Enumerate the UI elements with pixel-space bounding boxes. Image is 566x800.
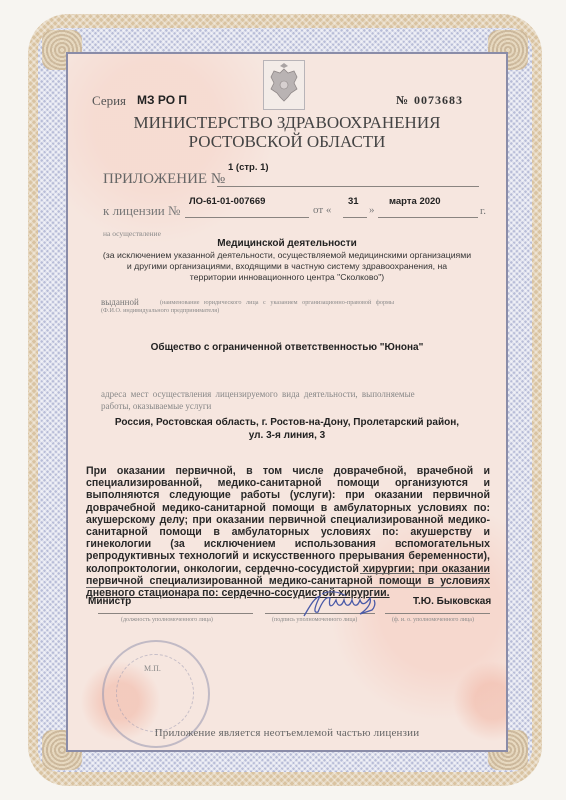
services-end-rule [360, 573, 490, 574]
activity-note: (за исключением указанной деятельности, … [68, 250, 506, 283]
signer-position: Министр [88, 596, 131, 607]
license-appendix-document: Серия МЗ РО П № 0073683 МИНИСТЕРСТВО ЗДР… [0, 0, 566, 800]
issued-label: выданной [101, 297, 139, 307]
ministry-title: МИНИСТЕРСТВО ЗДРАВООХРАНЕНИЯ РОСТОВСКОЙ … [68, 113, 506, 151]
organization-name: Общество с ограниченной ответственностью… [68, 342, 506, 353]
appendix-value: 1 (стр. 1) [228, 162, 269, 173]
appendix-rule [217, 186, 479, 187]
address-line2: ул. 3-я линия, 3 [68, 429, 506, 442]
issued-caption-line1: (наименование юридического лица с указан… [160, 299, 394, 306]
footer-note: Приложение является неотъемлемой частью … [68, 727, 506, 739]
activity-note-line: (за исключением указанной деятельности, … [68, 250, 506, 261]
appendix-label: ПРИЛОЖЕНИЕ № [103, 171, 225, 188]
signature-icon [300, 588, 380, 622]
series-label: Серия [92, 93, 126, 109]
ministry-title-line2: РОСТОВСКОЙ ОБЛАСТИ [68, 132, 506, 151]
date-close-quote: » [369, 204, 375, 216]
date-month-year: марта 2020 [389, 196, 441, 207]
activity-title: Медицинской деятельности [68, 238, 506, 249]
ministry-title-line1: МИНИСТЕРСТВО ЗДРАВООХРАНЕНИЯ [68, 113, 506, 132]
address-caption-line1: адреса мест осуществления лицензируемого… [101, 389, 415, 399]
address-line1: Россия, Ростовская область, г. Ростов-на… [68, 416, 506, 429]
number-label: № [396, 93, 408, 108]
license-number: ЛО-61-01-007669 [189, 196, 265, 207]
address: Россия, Ростовская область, г. Ростов-на… [68, 416, 506, 442]
document-number: 0073683 [414, 93, 463, 108]
activity-note-line: территории инновационного центра "Сколко… [68, 272, 506, 283]
signer-name: Т.Ю. Быковская [413, 596, 491, 607]
date-from-label: от « [313, 204, 331, 216]
caption-position: (должность уполномоченного лица) [121, 617, 213, 623]
license-label: к лицензии № [103, 203, 180, 219]
address-caption-line2: работы, оказываемые услуги [101, 401, 211, 411]
services-text: При оказании первичной, в том числе довр… [86, 465, 490, 587]
services-description: При оказании первичной, в том числе довр… [86, 465, 490, 599]
coat-of-arms-emblem-icon [263, 60, 305, 110]
separator-rule [86, 587, 490, 588]
issued-caption-line2: (Ф.И.О. индивидуального предпринимателя) [101, 307, 219, 314]
caption-name: (ф. и. о. уполномоченного лица) [392, 617, 474, 623]
activity-label: на осуществление [103, 229, 161, 238]
year-suffix: г. [480, 205, 486, 217]
license-rule [185, 217, 309, 218]
stamp-label: М.П. [144, 664, 161, 673]
date-day: 31 [348, 196, 359, 207]
series-value: МЗ РО П [137, 93, 187, 107]
name-rule [385, 613, 490, 614]
date-month-rule [378, 217, 478, 218]
date-day-rule [343, 217, 367, 218]
position-rule [98, 613, 253, 614]
activity-note-line: и другими организациями, входящими в час… [68, 261, 506, 272]
